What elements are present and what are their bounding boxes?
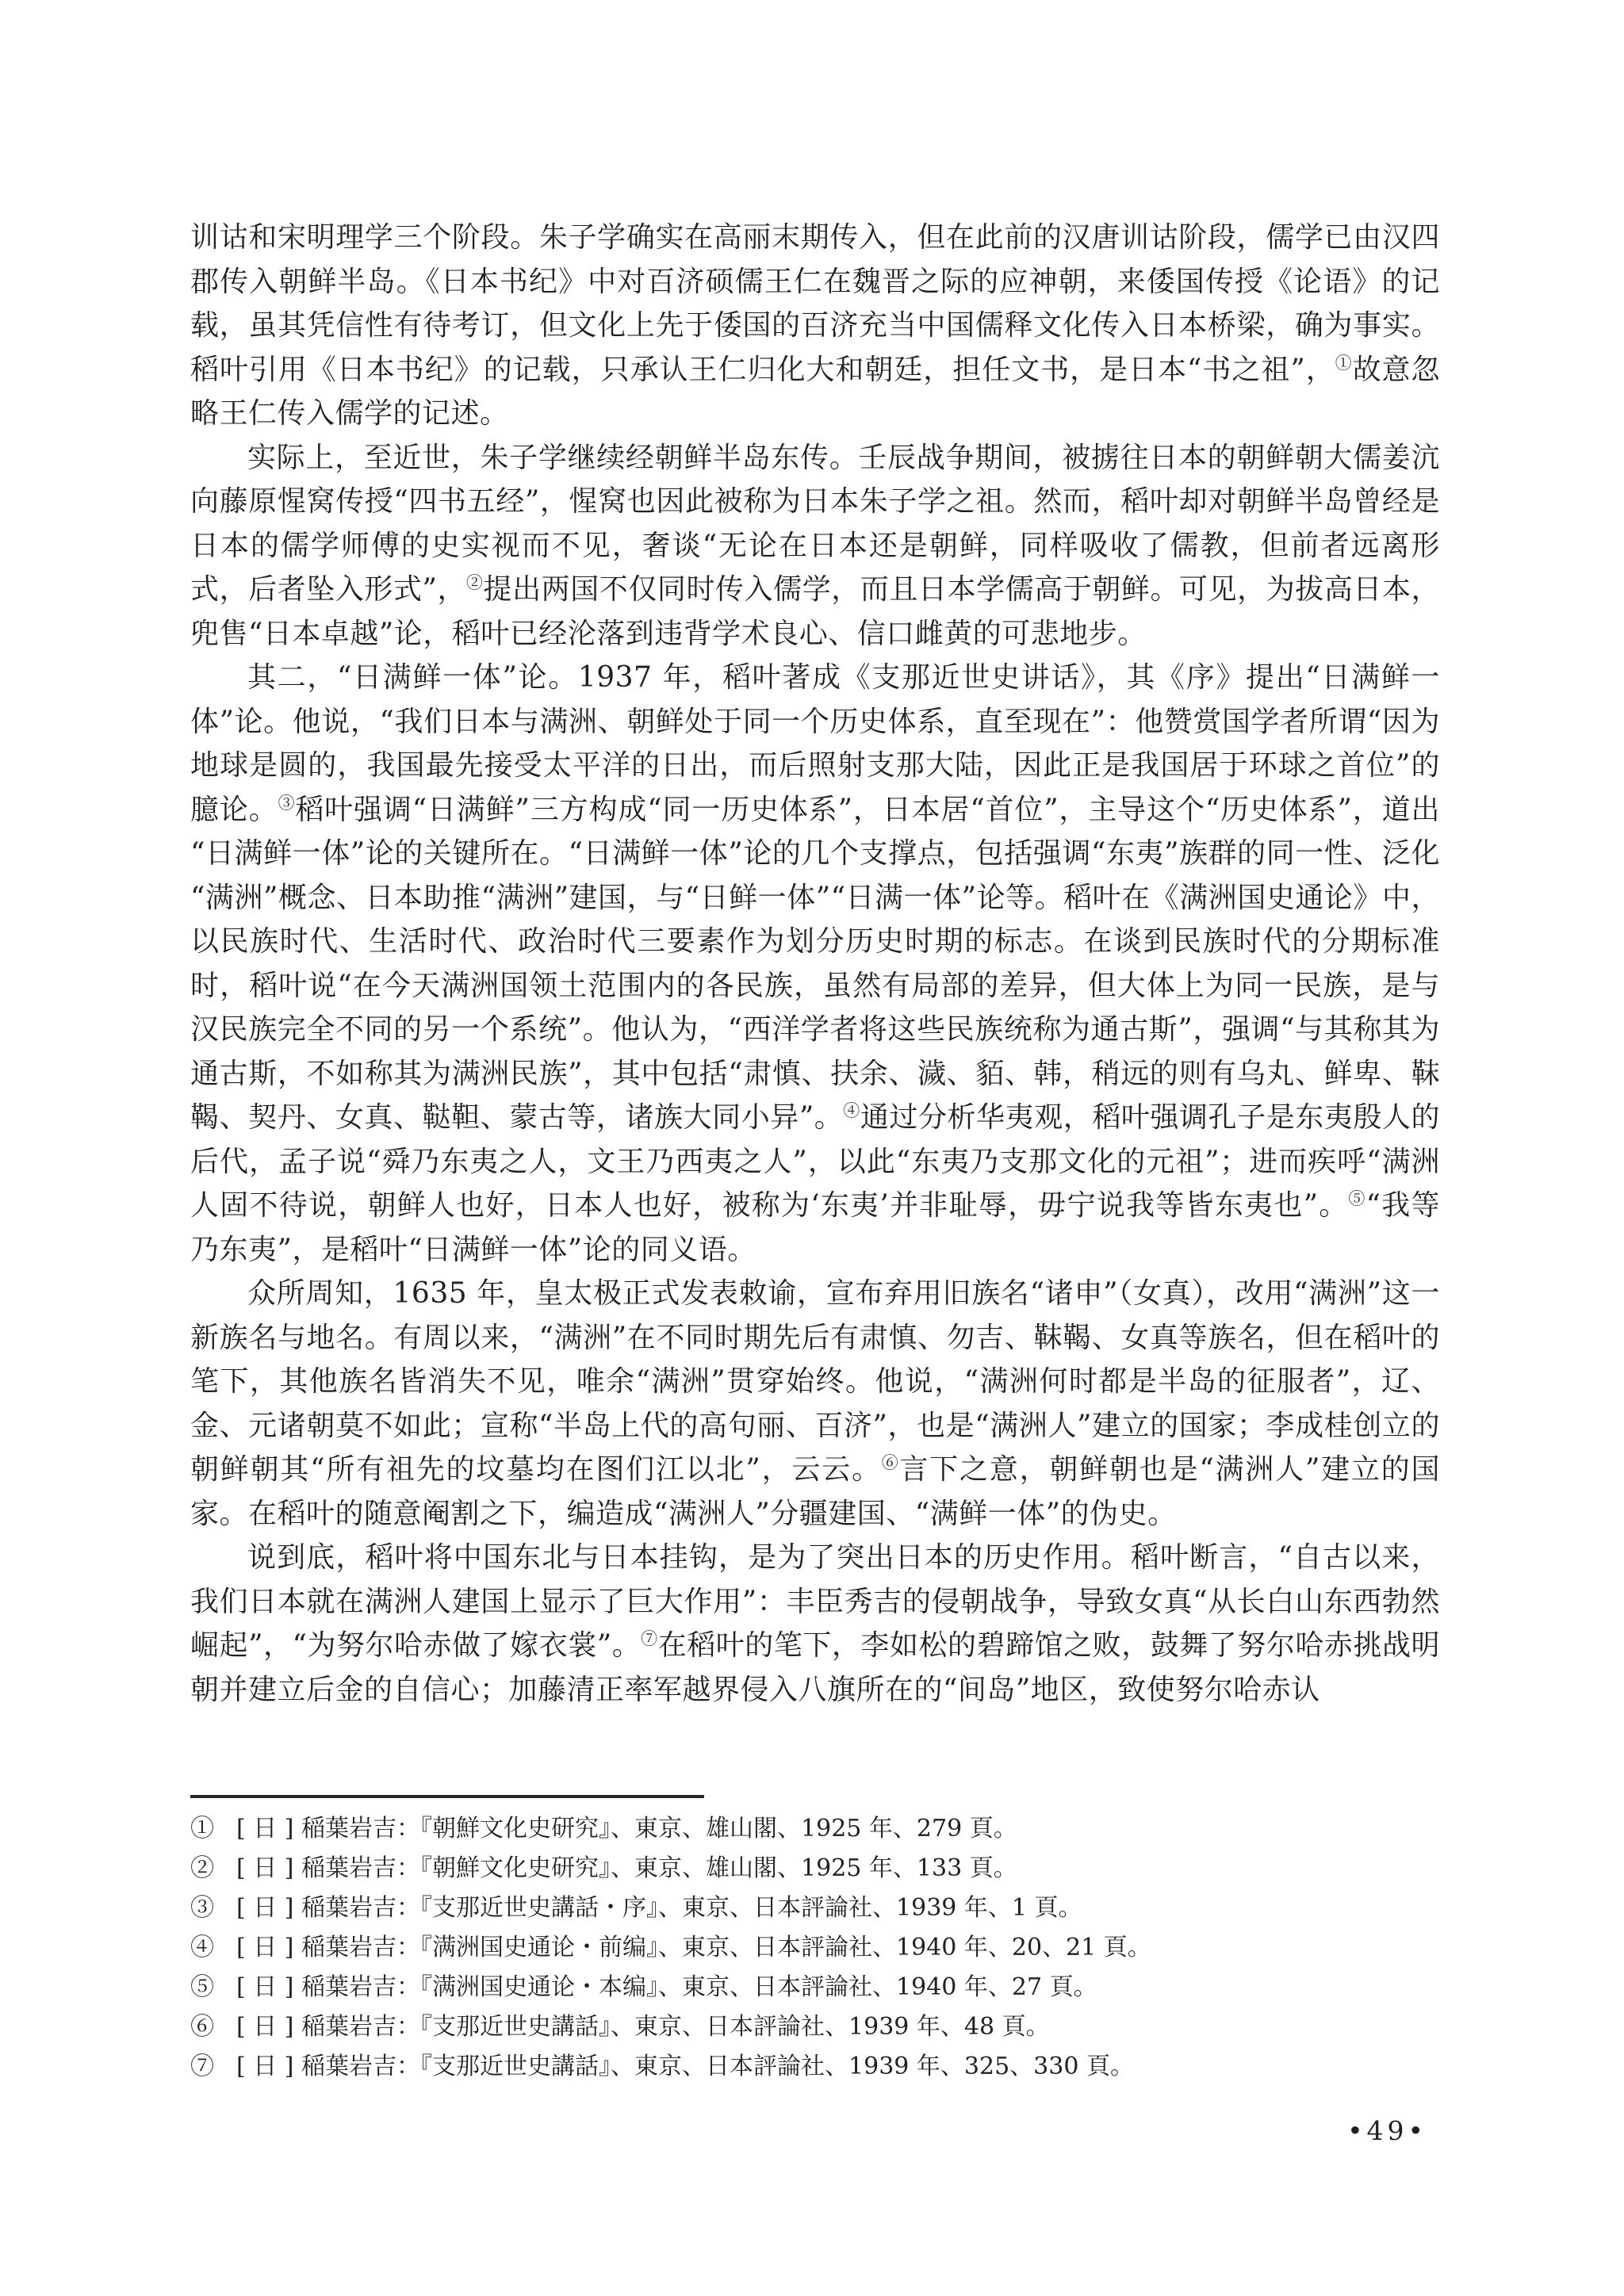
page-number: •49• <box>1347 2115 1427 2146</box>
body-paragraph: 实际上，至近世，朱子学继续经朝鲜半岛东传。壬辰战争期间，被掳往日本的朝鲜朝大儒姜… <box>190 436 1440 656</box>
body-paragraph: 众所周知，1635 年，皇太极正式发表敕谕，宣布弃用旧族名“诸申”（女真），改用… <box>190 1272 1440 1536</box>
body-text: 训诂和宋明理学三个阶段。朱子学确实在高丽末期传入，但在此前的汉唐训诂阶段，儒学已… <box>190 216 1440 1712</box>
footnote-item: ④ [ 日 ] 稲葉岩吉：『满洲国史通论・前编』、東京、日本評論社、1940 年… <box>190 1928 1440 1968</box>
footnote-item: ⑥ [ 日 ] 稲葉岩吉：『支那近世史講話』、東京、日本評論社、1939 年、4… <box>190 2007 1440 2047</box>
document-page: 训诂和宋明理学三个阶段。朱子学确实在高丽末期传入，但在此前的汉唐训诂阶段，儒学已… <box>0 0 1624 2296</box>
footnote-separator <box>190 1795 704 1798</box>
footnote-text: [ 日 ] 稲葉岩吉：『支那近世史講話』、東京、日本評論社、1939 年、48 … <box>236 2007 1440 2047</box>
footnote-item: ⑦ [ 日 ] 稲葉岩吉：『支那近世史講話』、東京、日本評論社、1939 年、3… <box>190 2047 1440 2087</box>
footnote-marker: ④ <box>190 1928 236 1968</box>
footnote-text: [ 日 ] 稲葉岩吉：『支那近世史講話』、東京、日本評論社、1939 年、325… <box>236 2047 1440 2087</box>
body-paragraph: 说到底，稻叶将中国东北与日本挂钩，是为了突出日本的历史作用。稻叶断言，“自古以来… <box>190 1536 1440 1712</box>
footnote-marker: ⑥ <box>190 2007 236 2047</box>
footnote-item: ⑤ [ 日 ] 稲葉岩吉：『满洲国史通论・本编』、東京、日本評論社、1940 年… <box>190 1968 1440 2007</box>
footnote-text: [ 日 ] 稲葉岩吉：『满洲国史通论・本编』、東京、日本評論社、1940 年、2… <box>236 1968 1440 2007</box>
body-paragraph: 训诂和宋明理学三个阶段。朱子学确实在高丽末期传入，但在此前的汉唐训诂阶段，儒学已… <box>190 216 1440 436</box>
footnote-item: ③ [ 日 ] 稲葉岩吉：『支那近世史講話・序』、東京、日本評論社、1939 年… <box>190 1888 1440 1928</box>
footnote-text: [ 日 ] 稲葉岩吉：『朝鮮文化史研究』、東京、雄山閣、1925 年、279 頁… <box>236 1809 1440 1849</box>
footnote-marker: ① <box>190 1809 236 1849</box>
footnote-item: ② [ 日 ] 稲葉岩吉：『朝鮮文化史研究』、東京、雄山閣、1925 年、133… <box>190 1849 1440 1888</box>
footnote-marker: ⑦ <box>190 2047 236 2087</box>
footnote-text: [ 日 ] 稲葉岩吉：『朝鮮文化史研究』、東京、雄山閣、1925 年、133 頁… <box>236 1849 1440 1888</box>
footnotes-section: ① [ 日 ] 稲葉岩吉：『朝鮮文化史研究』、東京、雄山閣、1925 年、279… <box>190 1809 1440 2087</box>
footnote-marker: ③ <box>190 1888 236 1928</box>
footnote-text: [ 日 ] 稲葉岩吉：『满洲国史通论・前编』、東京、日本評論社、1940 年、2… <box>236 1928 1440 1968</box>
footnote-marker: ② <box>190 1849 236 1888</box>
footnote-text: [ 日 ] 稲葉岩吉：『支那近世史講話・序』、東京、日本評論社、1939 年、1… <box>236 1888 1440 1928</box>
footnote-marker: ⑤ <box>190 1968 236 2007</box>
footnote-item: ① [ 日 ] 稲葉岩吉：『朝鮮文化史研究』、東京、雄山閣、1925 年、279… <box>190 1809 1440 1849</box>
body-paragraph: 其二，“日满鲜一体”论。1937 年，稻叶著成《支那近世史讲话》，其《序》提出“… <box>190 656 1440 1272</box>
